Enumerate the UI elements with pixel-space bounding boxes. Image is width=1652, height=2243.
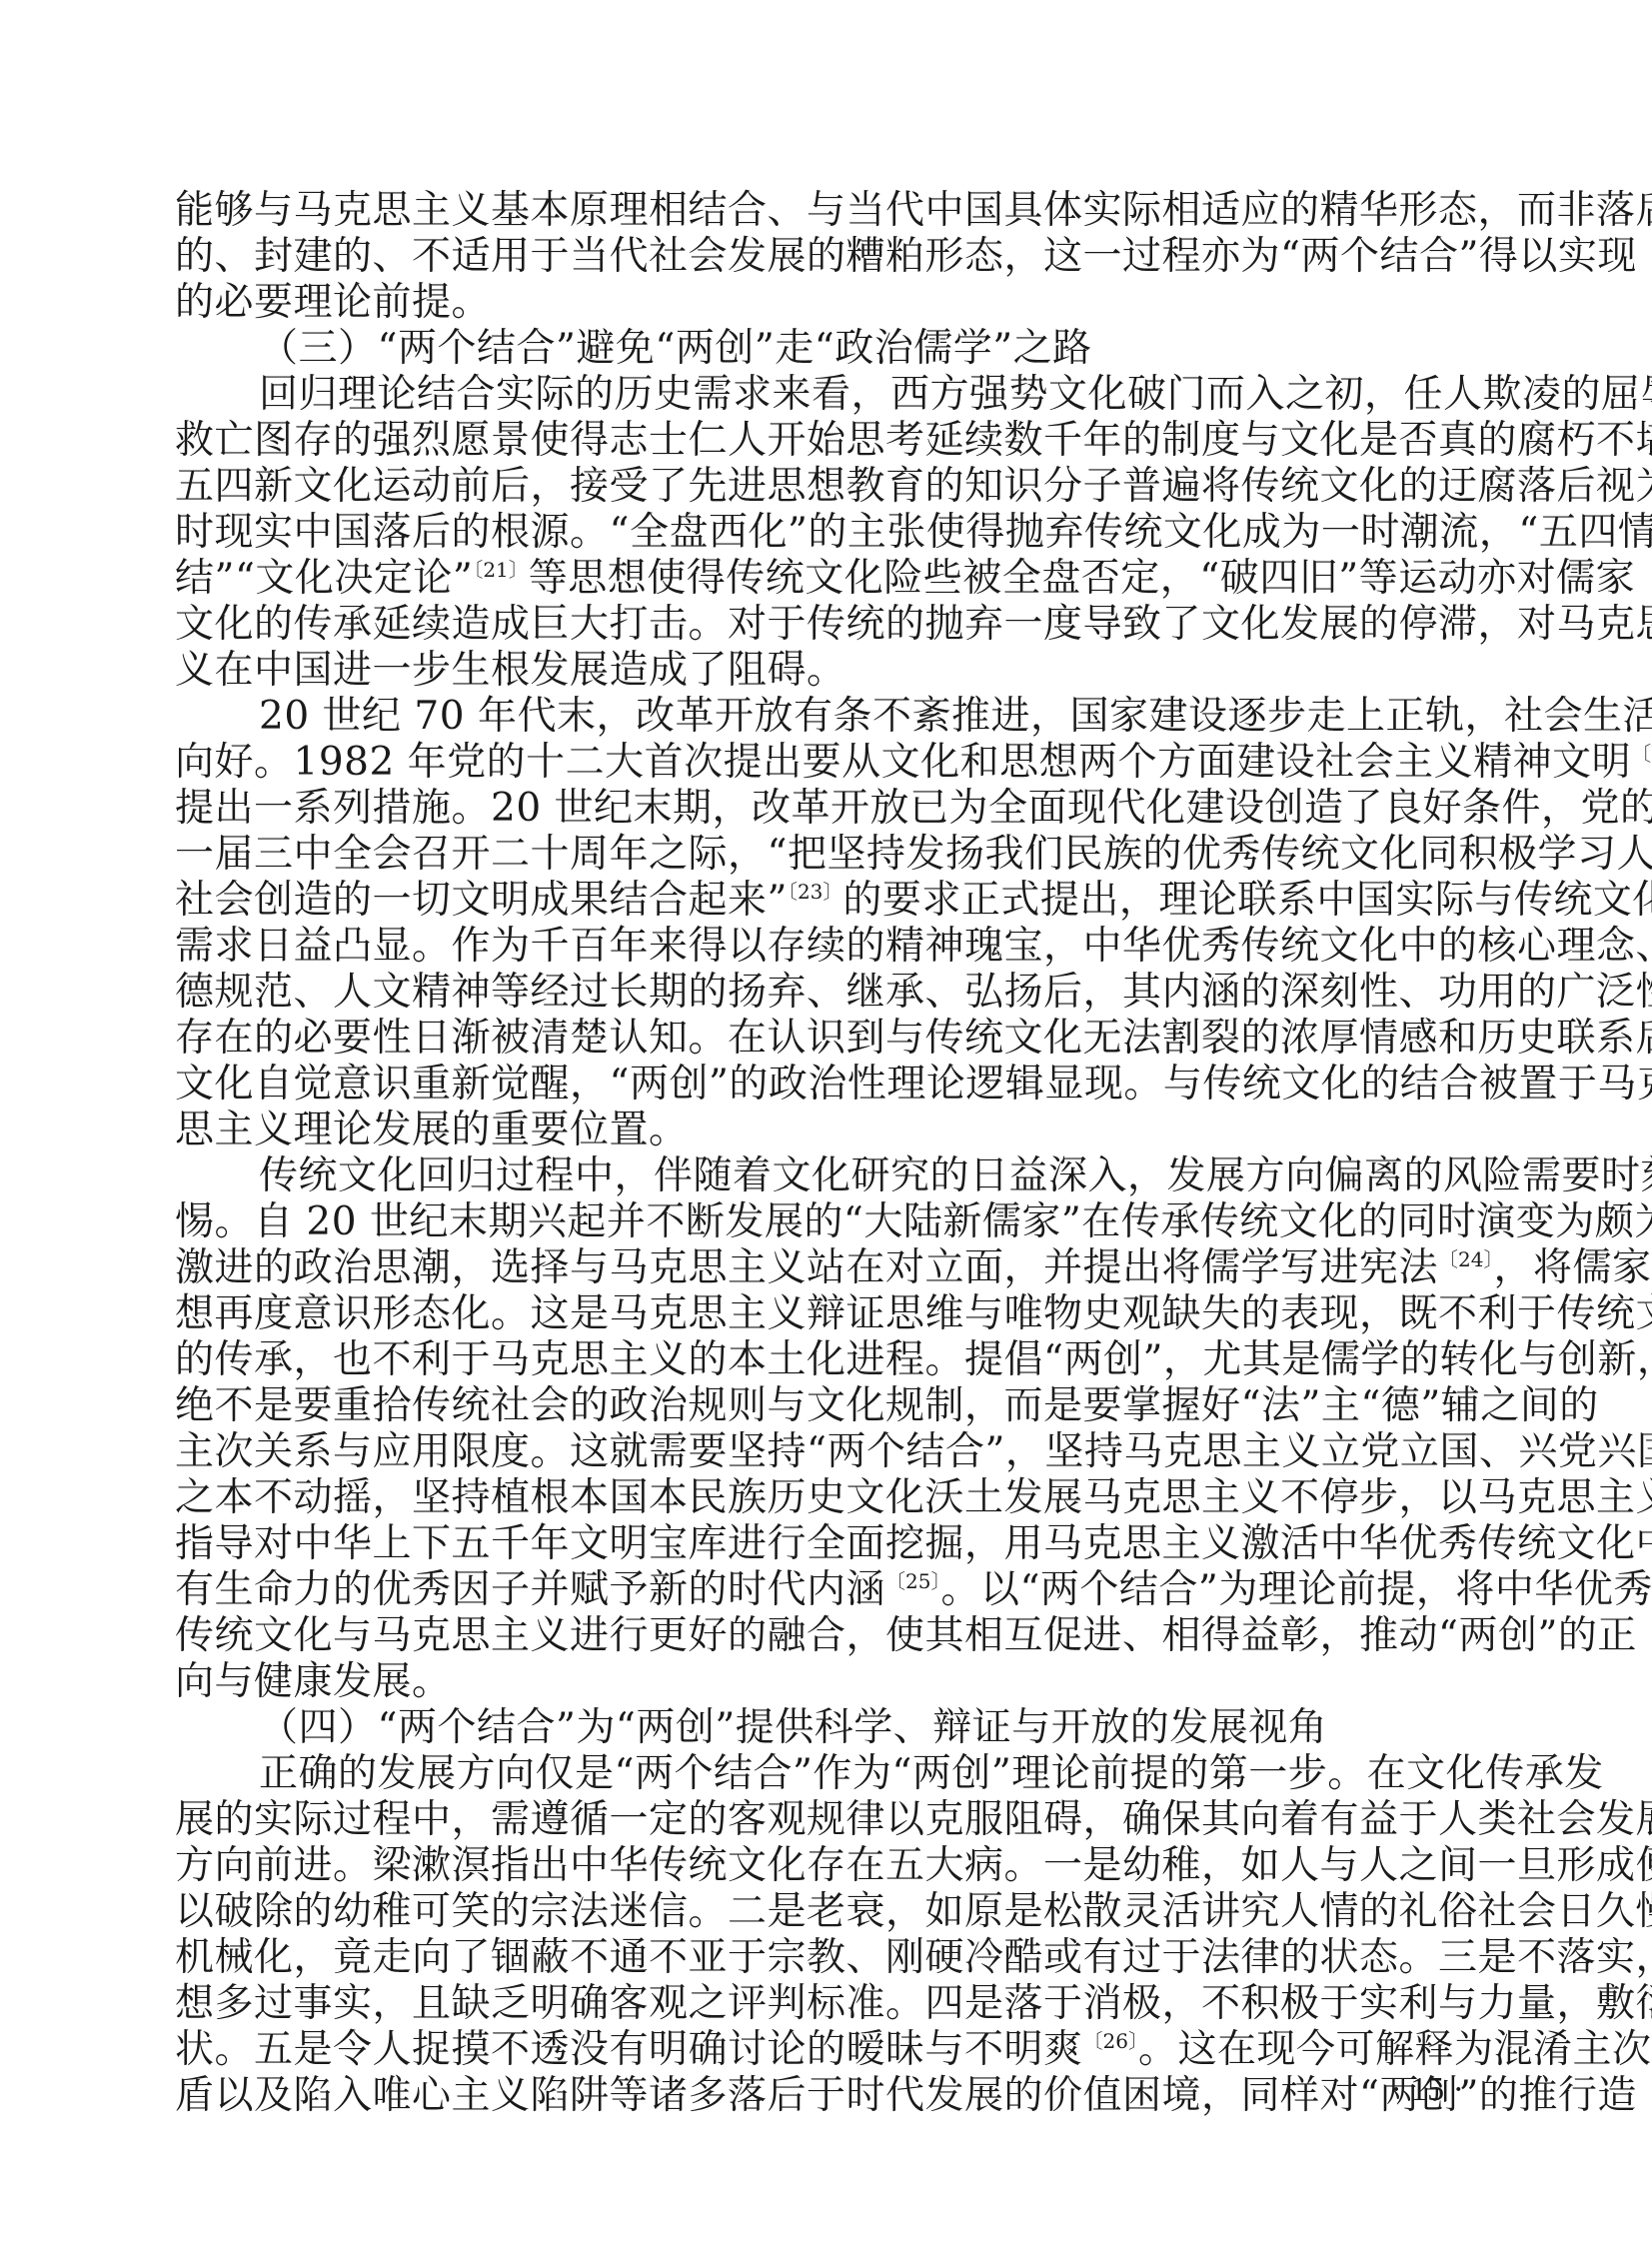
footnote-reference[interactable]: 〔26〕 [1083, 2029, 1138, 2053]
text-segment: 社会创造的一切文明成果结合起来” [175, 878, 788, 923]
text-line: 义在中国进一步生根发展造成了阻碍。 [175, 648, 1479, 694]
section-heading: （四）“两个结合”为“两创”提供科学、辩证与开放的发展视角 [175, 1705, 1479, 1751]
text-segment: 向好。1982 年党的十二大首次提出要从文化和思想两个方面建设社会主义精神文明 [175, 740, 1631, 785]
text-line: 德规范、人文精神等经过长期的扬弃、继承、弘扬后，其内涵的深刻性、功用的广泛性和 [175, 970, 1479, 1016]
text-line: 展的实际过程中，需遵循一定的客观规律以克服阻碍，确保其向着有益于人类社会发展的 [175, 1797, 1479, 1843]
text-line: 传统文化与马克思主义进行更好的融合，使其相互促进、相得益彰，推动“两创”的正 [175, 1613, 1479, 1659]
text-segment: 状。五是令人捉摸不透没有明确讨论的暧昧与不明爽 [175, 2027, 1083, 2072]
text-line: 能够与马克思主义基本原理相结合、与当代中国具体实际相适应的精华形态，而非落后 [175, 188, 1479, 234]
text-line: 惕。自 20 世纪末期兴起并不断发展的“大陆新儒家”在传承传统文化的同时演变为颇… [175, 1199, 1479, 1245]
text-segment: 激进的政治思潮，选择与马克思主义站在对立面，并提出将儒学写进宪法 [175, 1245, 1438, 1290]
footnote-reference[interactable]: 〔22〕 [1631, 742, 1652, 766]
text-line: 正确的发展方向仅是“两个结合”作为“两创”理论前提的第一步。在文化传承发 [175, 1751, 1479, 1797]
text-line: 五四新文化运动前后，接受了先进思想教育的知识分子普遍将传统文化的迂腐落后视为彼 [175, 464, 1479, 510]
text-line: 的、封建的、不适用于当代社会发展的糟粕形态，这一过程亦为“两个结合”得以实现 [175, 234, 1479, 280]
text-line: 想再度意识形态化。这是马克思主义辩证思维与唯物史观缺失的表现，既不利于传统文化 [175, 1291, 1479, 1337]
text-line: 传统文化回归过程中，伴随着文化研究的日益深入，发展方向偏离的风险需要时刻警 [175, 1153, 1479, 1199]
text-line: 结”“文化决定论”〔21〕等思想使得传统文化险些被全盘否定，“破四旧”等运动亦对… [175, 556, 1479, 602]
text-line: 思主义理论发展的重要位置。 [175, 1108, 1479, 1153]
footnote-reference[interactable]: 〔24〕 [1438, 1247, 1493, 1271]
document-body: 能够与马克思主义基本原理相结合、与当代中国具体实际相适应的精华形态，而非落后 的… [175, 188, 1479, 2119]
text-line: 有生命力的优秀因子并赋予新的时代内涵〔25〕。以“两个结合”为理论前提，将中华优… [175, 1567, 1479, 1613]
text-line: 状。五是令人捉摸不透没有明确讨论的暧昧与不明爽〔26〕。这在现今可解释为混淆主次… [175, 2027, 1479, 2073]
text-line: 方向前进。梁漱溟指出中华传统文化存在五大病。一是幼稚，如人与人之间一旦形成便难 [175, 1843, 1479, 1889]
section-heading: （三）“两个结合”避免“两创”走“政治儒学”之路 [175, 326, 1479, 372]
text-line: 盾以及陷入唯心主义陷阱等诸多落后于时代发展的价值困境，同样对“两创”的推行造 [175, 2073, 1479, 2119]
text-line: 之本不动摇，坚持植根本国本民族历史文化沃土发展马克思主义不停步，以马克思主义为 [175, 1475, 1479, 1521]
paragraph: 能够与马克思主义基本原理相结合、与当代中国具体实际相适应的精华形态，而非落后 的… [175, 188, 1479, 326]
paragraph: 回归理论结合实际的历史需求来看，西方强势文化破门而入之初，任人欺凌的屈辱与 救亡… [175, 372, 1479, 694]
text-line: 社会创造的一切文明成果结合起来”〔23〕的要求正式提出，理论联系中国实际与传统文… [175, 878, 1479, 924]
text-segment: 结”“文化决定论” [175, 556, 473, 601]
text-line: 以破除的幼稚可笑的宗法迷信。二是老衰，如原是松散灵活讲究人情的礼俗社会日久慢慢 [175, 1889, 1479, 1935]
text-line: 需求日益凸显。作为千百年来得以存续的精神瑰宝，中华优秀传统文化中的核心理念、道 [175, 924, 1479, 970]
text-line: 机械化，竟走向了锢蔽不通不亚于宗教、刚硬冷酷或有过于法律的状态。三是不落实，理 [175, 1935, 1479, 1981]
footnote-reference[interactable]: 〔25〕 [885, 1569, 940, 1593]
text-line: 向好。1982 年党的十二大首次提出要从文化和思想两个方面建设社会主义精神文明〔… [175, 740, 1479, 786]
text-line: 时现实中国落后的根源。“全盘西化”的主张使得抛弃传统文化成为一时潮流，“五四情 [175, 510, 1479, 556]
footnote-reference[interactable]: 〔23〕 [788, 880, 842, 904]
text-line: 一届三中全会召开二十周年之际，“把坚持发扬我们民族的优秀传统文化同积极学习人类 [175, 832, 1479, 878]
text-line: 存在的必要性日渐被清楚认知。在认识到与传统文化无法割裂的浓厚情感和历史联系后， [175, 1016, 1479, 1062]
text-line: 20 世纪 70 年代末，改革开放有条不紊推进，国家建设逐步走上正轨，社会生活全… [175, 694, 1479, 740]
text-line: 向与健康发展。 [175, 1659, 1479, 1705]
paragraph: 20 世纪 70 年代末，改革开放有条不紊推进，国家建设逐步走上正轨，社会生活全… [175, 694, 1479, 1153]
text-line: 的必要理论前提。 [175, 280, 1479, 326]
text-line: 文化自觉意识重新觉醒，“两创”的政治性理论逻辑显现。与传统文化的结合被置于马克 [175, 1062, 1479, 1108]
text-line: 提出一系列措施。20 世纪末期，改革开放已为全面现代化建设创造了良好条件，党的十 [175, 786, 1479, 832]
text-segment: 等思想使得传统文化险些被全盘否定，“破四旧”等运动亦对儒家 [529, 556, 1635, 601]
text-line: 激进的政治思潮，选择与马克思主义站在对立面，并提出将儒学写进宪法〔24〕，将儒家… [175, 1245, 1479, 1291]
text-line: 的传承，也不利于马克思主义的本土化进程。提倡“两创”，尤其是儒学的转化与创新， [175, 1337, 1479, 1383]
text-segment: 有生命力的优秀因子并赋予新的时代内涵 [175, 1567, 885, 1612]
text-line: 主次关系与应用限度。这就需要坚持“两个结合”，坚持马克思主义立党立国、兴党兴国 [175, 1429, 1479, 1475]
text-line: 回归理论结合实际的历史需求来看，西方强势文化破门而入之初，任人欺凌的屈辱与 [175, 372, 1479, 418]
text-segment: 的要求正式提出，理论联系中国实际与传统文化的 [842, 878, 1652, 923]
text-line: 想多过事实，且缺乏明确客观之评判标准。四是落于消极，不积极于实利与力量，敷衍现 [175, 1981, 1479, 2027]
page-number: · 15 · [1390, 2071, 1464, 2109]
text-line: 救亡图存的强烈愿景使得志士仁人开始思考延续数千年的制度与文化是否真的腐朽不堪。 [175, 418, 1479, 464]
text-segment: ，将儒家思 [1493, 1245, 1652, 1290]
text-segment: 。以“两个结合”为理论前提，将中华优秀 [940, 1567, 1652, 1612]
text-line: 文化的传承延续造成巨大打击。对于传统的抛弃一度导致了文化发展的停滞，对马克思主 [175, 602, 1479, 648]
text-line: 指导对中华上下五千年文明宝库进行全面挖掘，用马克思主义激活中华优秀传统文化中富 [175, 1521, 1479, 1567]
footnote-reference[interactable]: 〔21〕 [473, 558, 528, 582]
text-line: 绝不是要重拾传统社会的政治规则与文化规制，而是要掌握好“法”主“德”辅之间的 [175, 1383, 1479, 1429]
text-segment: 。这在现今可解释为混淆主次矛 [1138, 2027, 1652, 2072]
paragraph: 正确的发展方向仅是“两个结合”作为“两创”理论前提的第一步。在文化传承发 展的实… [175, 1751, 1479, 2119]
paragraph: 传统文化回归过程中，伴随着文化研究的日益深入，发展方向偏离的风险需要时刻警 惕。… [175, 1153, 1479, 1705]
